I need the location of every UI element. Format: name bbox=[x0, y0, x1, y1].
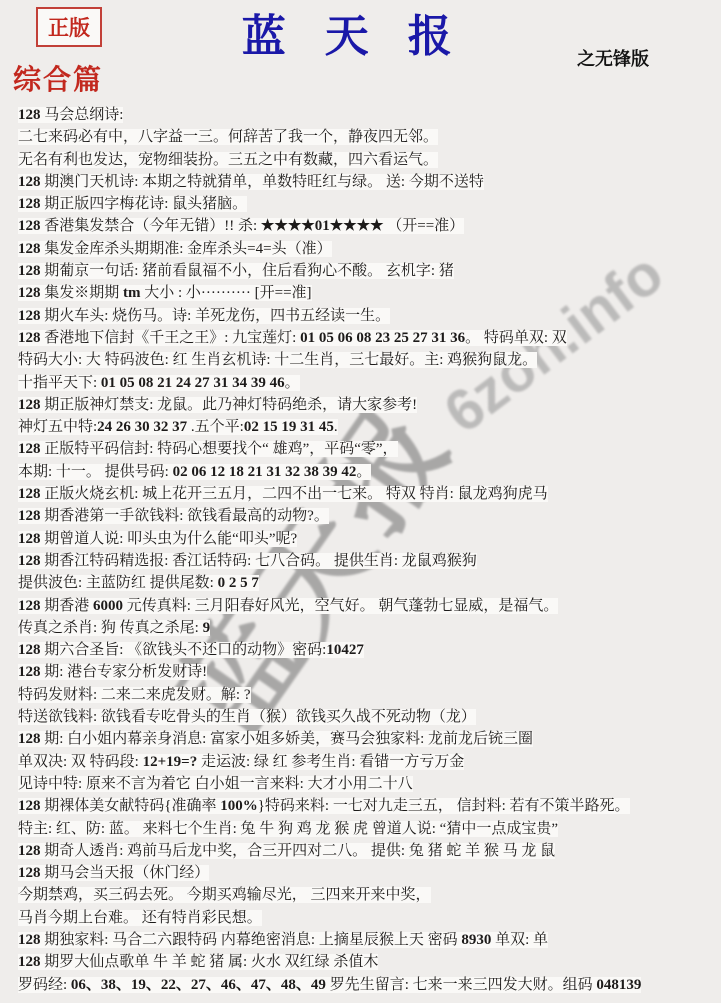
report-line: 128 期香港 6000 元传真料: 三月阳春好风光，空气好。 朝气蓬勃七显威，… bbox=[18, 595, 713, 617]
line-segment: 期: 白小姐内幕亲身消息: 富家小姐多娇美，赛马会独家料: 龙前龙后铳三圈 bbox=[41, 731, 534, 747]
line-segment: }特码来料: 一七对九走三五， 信封料: 若有不策半路死。 bbox=[258, 798, 630, 814]
line-segment: 128 bbox=[18, 330, 41, 346]
section-title: 综合篇 bbox=[13, 58, 103, 98]
report-line: 128 期葡京一句话: 猪前看鼠福不小，住后看狗心不酸。 玄机字: 猪 bbox=[18, 260, 713, 282]
report-line: 特主: 红、防: 蓝。 来料七个生肖: 兔 牛 狗 鸡 龙 猴 虎 曾道人说: … bbox=[18, 818, 713, 840]
line-segment: 期: 港台专家分析发财诗! bbox=[41, 664, 208, 680]
report-line-text: 128 期正版四字梅花诗: 鼠头猪脑。 bbox=[18, 196, 247, 212]
line-segment: 罗码经: bbox=[18, 977, 71, 993]
line-segment: 香港地下信封《千王之王》: 九宝莲灯: bbox=[41, 330, 301, 346]
report-line-text: 十指平天下: 01 05 08 21 24 27 31 34 39 46。 bbox=[18, 375, 300, 391]
line-segment: 128 bbox=[18, 731, 41, 747]
line-segment: 二七来码必有中，八字益一三。何辞苦了我一个，静夜四无邻。 bbox=[18, 129, 438, 145]
report-line-text: 128 马会总纲诗: bbox=[18, 107, 123, 123]
report-line: 128 期火车头: 烧伤马。诗: 羊死龙伤，四书五经读一生。 bbox=[18, 305, 713, 327]
line-segment: tm bbox=[123, 285, 141, 301]
report-line-text: 罗码经: 06、38、19、22、27、46、47、48、49 罗先生留言: 七… bbox=[18, 977, 641, 993]
report-line: 128 香港地下信封《千王之王》: 九宝莲灯: 01 05 06 08 23 2… bbox=[18, 327, 713, 349]
report-line-text: 128 期六合圣旨: 《欲钱头不还口的动物》密码:10427 bbox=[18, 642, 364, 658]
report-line: 128 期正版四字梅花诗: 鼠头猪脑。 bbox=[18, 193, 713, 215]
line-segment: 8930 bbox=[461, 932, 491, 948]
line-segment: 十指平天下: bbox=[18, 375, 101, 391]
report-line: 128 集发※期期 tm 大小 : 小·········· [开==准] bbox=[18, 282, 713, 304]
report-line: 128 期奇人透肖: 鸡前马后龙中奖，合三开四对二八。 提供: 兔 猪 蛇 羊 … bbox=[18, 840, 713, 862]
line-segment: 正版火烧玄机: 城上花开三五月，二四不出一七来。 特双 特肖: 鼠龙鸡狗虎马 bbox=[41, 486, 548, 502]
line-segment: 马肖今期上台难。 还有特肖彩民想。 bbox=[18, 910, 262, 926]
report-body: 128 马会总纲诗:二七来码必有中，八字益一三。何辞苦了我一个，静夜四无邻。无名… bbox=[18, 104, 713, 996]
line-segment: 02 15 19 31 45 bbox=[244, 419, 334, 435]
report-line: 128 期澳门天机诗: 本期之特就猜单，单数特旺红与绿。 送: 今期不送特 bbox=[18, 171, 713, 193]
line-segment: 128 bbox=[18, 531, 41, 547]
line-segment: 128 bbox=[18, 285, 41, 301]
line-segment: 06、38、19、22、27、46、47、48、49 bbox=[71, 977, 326, 993]
report-line: 128 期正版神灯禁支: 龙鼠。此乃神灯特码绝杀，请大家参考! bbox=[18, 394, 713, 416]
line-segment: 128 bbox=[18, 798, 41, 814]
report-line: 128 集发金库杀头期期准: 金库杀头=4=头（准） bbox=[18, 238, 713, 260]
report-line-text: 128 期马会当天报（休门经） bbox=[18, 865, 209, 881]
line-segment: 香港集发禁合（今年无错）!! 杀: bbox=[41, 218, 261, 234]
line-segment: 期香港第一手欲钱料: 欲钱看最高的动物?。 bbox=[41, 508, 329, 524]
report-line-text: 128 期奇人透肖: 鸡前马后龙中奖，合三开四对二八。 提供: 兔 猪 蛇 羊 … bbox=[18, 843, 555, 859]
report-line: 十指平天下: 01 05 08 21 24 27 31 34 39 46。 bbox=[18, 372, 713, 394]
report-line: 128 期香江特码精选报: 香江话特码: 七八合码。 提供生肖: 龙鼠鸡猴狗 bbox=[18, 550, 713, 572]
line-segment: 期六合圣旨: 《欲钱头不还口的动物》密码: bbox=[41, 642, 327, 658]
report-line: 128 香港集发禁合（今年无错）!! 杀: ★★★★01★★★★ （开==准） bbox=[18, 215, 713, 237]
report-line: 提供波色: 主蓝防红 提供尾数: 0 2 5 7 bbox=[18, 572, 713, 594]
report-line-text: 128 正版火烧玄机: 城上花开三五月，二四不出一七来。 特双 特肖: 鼠龙鸡狗… bbox=[18, 486, 548, 502]
line-segment: 128 bbox=[18, 196, 41, 212]
report-line: 今期禁鸡，买三码去死。 今期买鸡输尽光， 三四来开来中奖， bbox=[18, 884, 713, 906]
line-segment: 正版特平码信封: 特码心想要找个“ 雄鸡”，平码“零”， bbox=[41, 441, 398, 457]
report-line: 128 期裸体美女献特码{准确率 100%}特码来料: 一七对九走三五， 信封料… bbox=[18, 795, 713, 817]
line-segment: 特码发财料: 二来二来虎发财。解: ? bbox=[18, 687, 251, 703]
line-segment: ★★★★01★★★★ bbox=[261, 218, 384, 234]
line-segment: 128 bbox=[18, 598, 41, 614]
line-segment: 期香港 bbox=[41, 598, 94, 614]
report-line-text: 提供波色: 主蓝防红 提供尾数: 0 2 5 7 bbox=[18, 575, 259, 591]
report-line: 见诗中特: 原来不言为着它 白小姐一言来料: 大才小用二十八 bbox=[18, 773, 713, 795]
line-segment: 128 bbox=[18, 308, 41, 324]
line-segment: 期马会当天报（休门经） bbox=[41, 865, 210, 881]
report-line-text: 128 集发※期期 tm 大小 : 小·········· [开==准] bbox=[18, 285, 312, 301]
line-segment: 128 bbox=[18, 174, 41, 190]
report-line: 128 期独家料: 马合二六跟特码 内幕绝密消息: 上摘星辰猴上天 密码 893… bbox=[18, 929, 713, 951]
line-segment: 马会总纲诗: bbox=[41, 107, 124, 123]
line-segment: 特主: 红、防: 蓝。 来料七个生肖: 兔 牛 狗 鸡 龙 猴 虎 曾道人说: … bbox=[18, 821, 558, 837]
report-line: 马肖今期上台难。 还有特肖彩民想。 bbox=[18, 907, 713, 929]
line-segment: 罗先生留言: 七来一来三四发大财。组码 bbox=[326, 977, 596, 993]
line-segment: 单双: 单 bbox=[491, 932, 548, 948]
line-segment: 走运波: 绿 红 参考生肖: 看错一方亏万金 bbox=[197, 754, 464, 770]
report-line-text: 128 期香江特码精选报: 香江话特码: 七八合码。 提供生肖: 龙鼠鸡猴狗 bbox=[18, 553, 477, 569]
line-segment: 期正版神灯禁支: 龙鼠。此乃神灯特码绝杀，请大家参考! bbox=[41, 397, 418, 413]
line-segment: 128 bbox=[18, 263, 41, 279]
line-segment: 期奇人透肖: 鸡前马后龙中奖，合三开四对二八。 提供: 兔 猪 蛇 羊 猴 马 … bbox=[41, 843, 556, 859]
line-segment: 100% bbox=[220, 798, 258, 814]
line-segment: 128 bbox=[18, 553, 41, 569]
report-line: 罗码经: 06、38、19、22、27、46、47、48、49 罗先生留言: 七… bbox=[18, 974, 713, 996]
report-line-text: 128 集发金库杀头期期准: 金库杀头=4=头（准） bbox=[18, 241, 332, 257]
report-line: 128 期六合圣旨: 《欲钱头不还口的动物》密码:10427 bbox=[18, 639, 713, 661]
line-segment: 提供波色: 主蓝防红 提供尾数: bbox=[18, 575, 218, 591]
authentic-badge: 正版 bbox=[36, 7, 102, 47]
line-segment: 期独家料: 马合二六跟特码 内幕绝密消息: 上摘星辰猴上天 密码 bbox=[41, 932, 462, 948]
line-segment: 01 05 08 21 24 27 31 34 39 46 bbox=[101, 375, 285, 391]
report-line-text: 今期禁鸡，买三码去死。 今期买鸡输尽光， 三四来开来中奖， bbox=[18, 887, 431, 903]
line-segment: 9 bbox=[203, 620, 211, 636]
report-line: 传真之杀肖: 狗 传真之杀尾: 9 bbox=[18, 617, 713, 639]
report-line-text: 128 期: 白小姐内幕亲身消息: 富家小姐多娇美，赛马会独家料: 龙前龙后铳三… bbox=[18, 731, 533, 747]
line-segment: 10427 bbox=[326, 642, 364, 658]
line-segment: 02 06 12 18 21 31 32 38 39 42 bbox=[173, 464, 357, 480]
line-segment: 048139 bbox=[596, 977, 641, 993]
report-page: { "page": { "badge": "正版", "title": "蓝 天… bbox=[0, 0, 721, 1003]
report-line-text: 特码大小: 大 特码波色: 红 生肖玄机诗: 十二生肖，三七最好。主: 鸡猴狗鼠… bbox=[18, 352, 537, 368]
line-segment: 128 bbox=[18, 642, 41, 658]
report-line-text: 128 香港地下信封《千王之王》: 九宝莲灯: 01 05 06 08 23 2… bbox=[18, 330, 567, 346]
report-line: 二七来码必有中，八字益一三。何辞苦了我一个，静夜四无邻。 bbox=[18, 126, 713, 148]
report-line-text: 特送欲钱料: 欲钱看专吃骨头的生肖（猴）欲钱买久战不死动物（龙） bbox=[18, 709, 476, 725]
line-segment: 128 bbox=[18, 241, 41, 257]
line-segment: 期曾道人说: 叩头虫为什么能“叩头”呢? bbox=[41, 531, 298, 547]
line-segment: 01 05 06 08 23 25 27 31 36 bbox=[300, 330, 465, 346]
report-line-text: 128 期正版神灯禁支: 龙鼠。此乃神灯特码绝杀，请大家参考! bbox=[18, 397, 417, 413]
report-line-text: 128 期曾道人说: 叩头虫为什么能“叩头”呢? bbox=[18, 531, 297, 547]
report-line-text: 128 期独家料: 马合二六跟特码 内幕绝密消息: 上摘星辰猴上天 密码 893… bbox=[18, 932, 548, 948]
line-segment: 128 bbox=[18, 486, 41, 502]
report-line: 128 正版特平码信封: 特码心想要找个“ 雄鸡”，平码“零”， bbox=[18, 438, 713, 460]
line-segment: 见诗中特: 原来不言为着它 白小姐一言来料: 大才小用二十八 bbox=[18, 776, 413, 792]
line-segment: 传真之杀肖: 狗 传真之杀尾: bbox=[18, 620, 203, 636]
report-line: 单双决: 双 特码段: 12+19=? 走运波: 绿 红 参考生肖: 看错一方亏… bbox=[18, 751, 713, 773]
report-line-text: 128 期: 港台专家分析发财诗! bbox=[18, 664, 207, 680]
edition-label: 之无锋版 bbox=[577, 45, 649, 71]
report-line: 128 期马会当天报（休门经） bbox=[18, 862, 713, 884]
report-line-text: 128 期火车头: 烧伤马。诗: 羊死龙伤，四书五经读一生。 bbox=[18, 308, 390, 324]
report-line-text: 本期: 十一。 提供号码: 02 06 12 18 21 31 32 38 39… bbox=[18, 464, 371, 480]
line-segment: 特码大小: 大 特码波色: 红 生肖玄机诗: 十二生肖，三七最好。主: 鸡猴狗鼠… bbox=[18, 352, 537, 368]
line-segment: 128 bbox=[18, 664, 41, 680]
line-segment: 12+19=? bbox=[143, 754, 198, 770]
report-line-text: 特主: 红、防: 蓝。 来料七个生肖: 兔 牛 狗 鸡 龙 猴 虎 曾道人说: … bbox=[18, 821, 558, 837]
line-segment: 128 bbox=[18, 865, 41, 881]
report-line: 特码发财料: 二来二来虎发财。解: ? bbox=[18, 684, 713, 706]
line-segment: 本期: 十一。 提供号码: bbox=[18, 464, 173, 480]
report-line: 本期: 十一。 提供号码: 02 06 12 18 21 31 32 38 39… bbox=[18, 461, 713, 483]
line-segment: . bbox=[334, 419, 338, 435]
line-segment: 集发金库杀头期期准: 金库杀头=4=头（准） bbox=[41, 241, 332, 257]
report-line-text: 128 期香港第一手欲钱料: 欲钱看最高的动物?。 bbox=[18, 508, 329, 524]
line-segment: 期葡京一句话: 猪前看鼠福不小，住后看狗心不酸。 玄机字: 猪 bbox=[41, 263, 454, 279]
report-line-text: 128 期澳门天机诗: 本期之特就猜单，单数特旺红与绿。 送: 今期不送特 bbox=[18, 174, 484, 190]
line-segment: 期澳门天机诗: 本期之特就猜单，单数特旺红与绿。 送: 今期不送特 bbox=[41, 174, 484, 190]
line-segment: 128 bbox=[18, 954, 41, 970]
line-segment: 无名有利也发达，宠物细装扮。三五之中有数藏，四六看运气。 bbox=[18, 152, 438, 168]
line-segment: 单双决: 双 特码段: bbox=[18, 754, 143, 770]
line-segment: 24 26 30 32 37 bbox=[97, 419, 187, 435]
report-line-text: 特码发财料: 二来二来虎发财。解: ? bbox=[18, 687, 251, 703]
line-segment: 期火车头: 烧伤马。诗: 羊死龙伤，四书五经读一生。 bbox=[41, 308, 391, 324]
line-segment: 期香江特码精选报: 香江话特码: 七八合码。 提供生肖: 龙鼠鸡猴狗 bbox=[41, 553, 477, 569]
line-segment: 128 bbox=[18, 107, 41, 123]
line-segment: 。 特码单双: 双 bbox=[465, 330, 567, 346]
report-line-text: 单双决: 双 特码段: 12+19=? 走运波: 绿 红 参考生肖: 看错一方亏… bbox=[18, 754, 464, 770]
report-line-text: 128 期裸体美女献特码{准确率 100%}特码来料: 一七对九走三五， 信封料… bbox=[18, 798, 630, 814]
line-segment: 特送欲钱料: 欲钱看专吃骨头的生肖（猴）欲钱买久战不死动物（龙） bbox=[18, 709, 476, 725]
report-line-text: 见诗中特: 原来不言为着它 白小姐一言来料: 大才小用二十八 bbox=[18, 776, 413, 792]
line-segment: .五个平: bbox=[187, 419, 244, 435]
report-line: 128 马会总纲诗: bbox=[18, 104, 713, 126]
report-line: 特送欲钱料: 欲钱看专吃骨头的生肖（猴）欲钱买久战不死动物（龙） bbox=[18, 706, 713, 728]
report-line-text: 128 香港集发禁合（今年无错）!! 杀: ★★★★01★★★★ （开==准） bbox=[18, 218, 464, 234]
report-line-text: 128 正版特平码信封: 特码心想要找个“ 雄鸡”，平码“零”， bbox=[18, 441, 398, 457]
line-segment: 今期禁鸡，买三码去死。 今期买鸡输尽光， 三四来开来中奖， bbox=[18, 887, 431, 903]
report-line-text: 无名有利也发达，宠物细装扮。三五之中有数藏，四六看运气。 bbox=[18, 152, 438, 168]
line-segment: 128 bbox=[18, 508, 41, 524]
line-segment: 6000 bbox=[93, 598, 123, 614]
report-line-text: 128 期葡京一句话: 猪前看鼠福不小，住后看狗心不酸。 玄机字: 猪 bbox=[18, 263, 454, 279]
report-line: 128 正版火烧玄机: 城上花开三五月，二四不出一七来。 特双 特肖: 鼠龙鸡狗… bbox=[18, 483, 713, 505]
report-line-text: 128 期香港 6000 元传真料: 三月阳春好风光，空气好。 朝气蓬勃七显威，… bbox=[18, 598, 558, 614]
line-segment: 元传真料: 三月阳春好风光，空气好。 朝气蓬勃七显威，是福气。 bbox=[123, 598, 558, 614]
line-segment: 128 bbox=[18, 843, 41, 859]
report-line: 128 期: 港台专家分析发财诗! bbox=[18, 661, 713, 683]
line-segment: 集发※期期 bbox=[41, 285, 124, 301]
report-line: 128 期罗大仙点歌单 牛 羊 蛇 猪 属: 火水 双红绿 杀值木 bbox=[18, 951, 713, 973]
report-line: 128 期曾道人说: 叩头虫为什么能“叩头”呢? bbox=[18, 528, 713, 550]
line-segment: 期罗大仙点歌单 牛 羊 蛇 猪 属: 火水 双红绿 杀值木 bbox=[41, 954, 379, 970]
report-line-text: 马肖今期上台难。 还有特肖彩民想。 bbox=[18, 910, 262, 926]
line-segment: 128 bbox=[18, 932, 41, 948]
report-line-text: 神灯五中特:24 26 30 32 37 .五个平:02 15 19 31 45… bbox=[18, 419, 338, 435]
line-segment: 神灯五中特: bbox=[18, 419, 97, 435]
page-title: 蓝 天 报 bbox=[242, 0, 466, 64]
line-segment: 。 bbox=[356, 464, 371, 480]
report-line-text: 传真之杀肖: 狗 传真之杀尾: 9 bbox=[18, 620, 210, 636]
line-segment: 大小 : 小·········· [开==准] bbox=[141, 285, 312, 301]
report-line: 神灯五中特:24 26 30 32 37 .五个平:02 15 19 31 45… bbox=[18, 416, 713, 438]
report-line: 特码大小: 大 特码波色: 红 生肖玄机诗: 十二生肖，三七最好。主: 鸡猴狗鼠… bbox=[18, 349, 713, 371]
report-line-text: 128 期罗大仙点歌单 牛 羊 蛇 猪 属: 火水 双红绿 杀值木 bbox=[18, 954, 378, 970]
line-segment: （开==准） bbox=[384, 218, 465, 234]
report-line: 无名有利也发达，宠物细装扮。三五之中有数藏，四六看运气。 bbox=[18, 149, 713, 171]
line-segment: 0 2 5 7 bbox=[218, 575, 259, 591]
line-segment: 期裸体美女献特码{准确率 bbox=[41, 798, 221, 814]
line-segment: 期正版四字梅花诗: 鼠头猪脑。 bbox=[41, 196, 248, 212]
report-line-text: 二七来码必有中，八字益一三。何辞苦了我一个，静夜四无邻。 bbox=[18, 129, 438, 145]
line-segment: 128 bbox=[18, 397, 41, 413]
line-segment: 128 bbox=[18, 441, 41, 457]
report-line: 128 期香港第一手欲钱料: 欲钱看最高的动物?。 bbox=[18, 505, 713, 527]
report-line: 128 期: 白小姐内幕亲身消息: 富家小姐多娇美，赛马会独家料: 龙前龙后铳三… bbox=[18, 728, 713, 750]
line-segment: 。 bbox=[285, 375, 300, 391]
line-segment: 128 bbox=[18, 218, 41, 234]
